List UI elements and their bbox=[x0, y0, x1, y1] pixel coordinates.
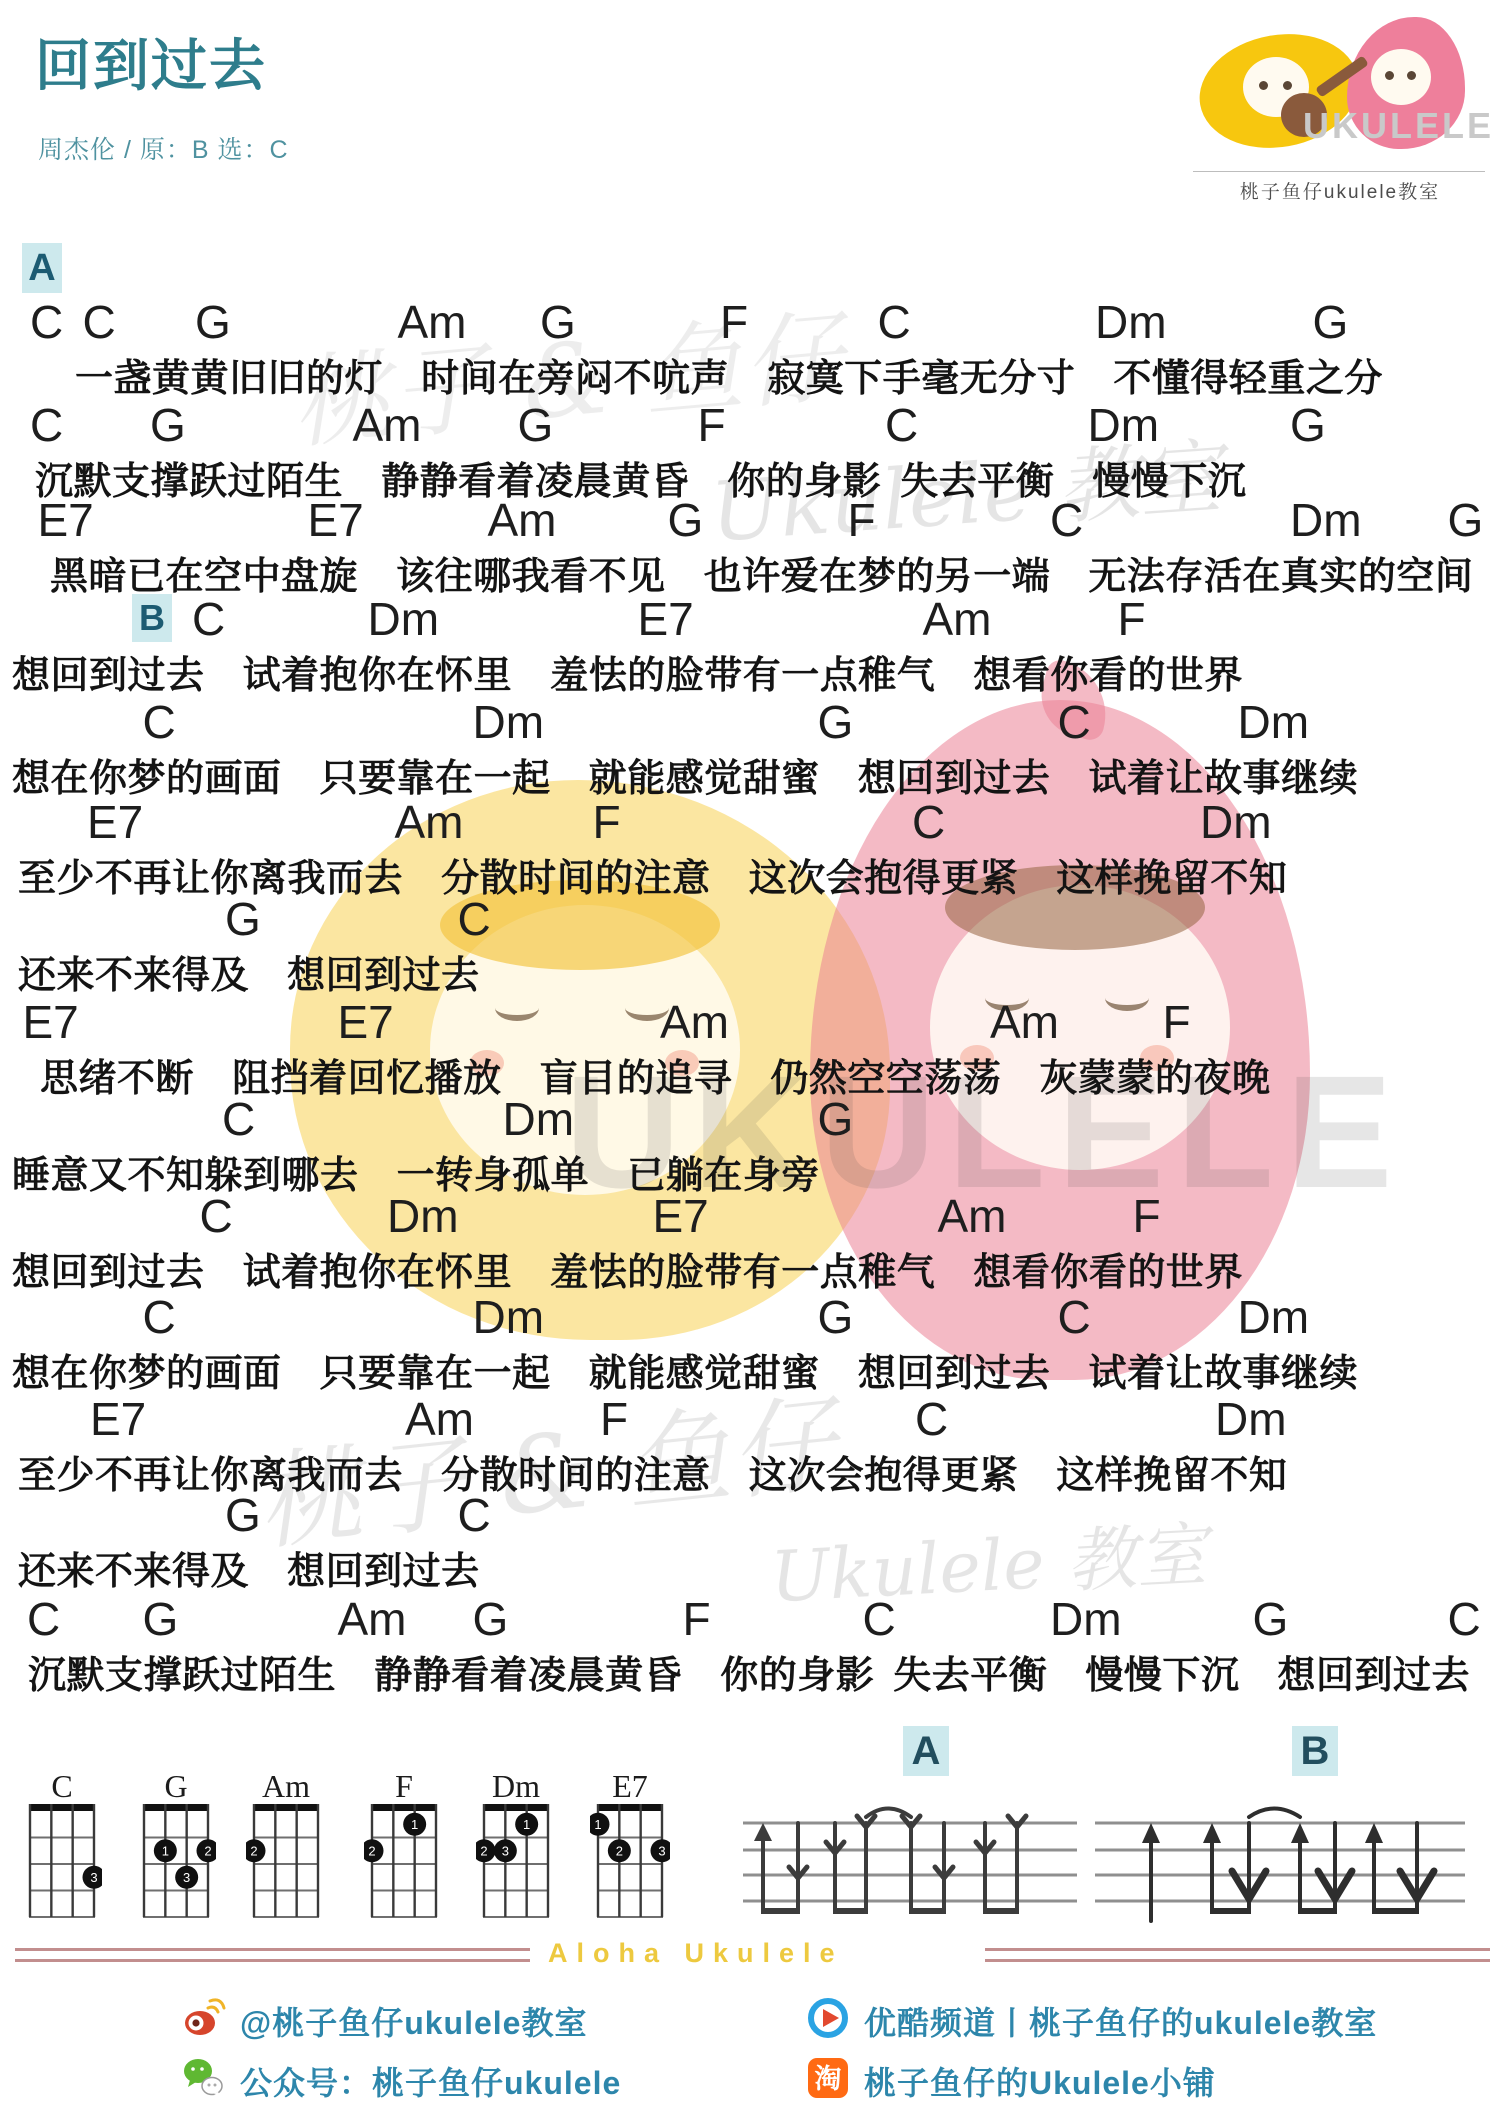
weibo-icon-wrap bbox=[182, 1996, 226, 2045]
chord-row: BCDmE7AmF bbox=[0, 592, 1500, 642]
chord-symbol-g: G bbox=[150, 398, 186, 452]
song-line-6: E7AmFCDm至少不再让你离我而去 分散时间的注意 这次会抱得更紧 这样挽留不… bbox=[0, 795, 1500, 902]
chord-symbol-dm: Dm bbox=[368, 592, 440, 646]
chord-row: CDmGCDm bbox=[0, 695, 1500, 745]
chord-sheet-page: 桃子 & 鱼仔 Ukulele 教室 UKULELE 桃子 & 鱼仔 Ukule… bbox=[0, 0, 1500, 2123]
logo-girl-eye-left bbox=[1259, 81, 1268, 90]
strum-pattern-a-figure bbox=[743, 1793, 1077, 1927]
chord-symbol-c: C bbox=[458, 892, 491, 946]
lyric-line: 想回到过去 试着抱你在怀里 羞怯的脸带有一点稚气 想看你看的世界 bbox=[0, 644, 1500, 699]
chord-symbol-am: Am bbox=[938, 1189, 1007, 1243]
chord-symbol-am: Am bbox=[353, 398, 422, 452]
strum-pattern-a-label: A bbox=[903, 1726, 949, 1776]
song-line-7: GC还来不来得及 想回到过去 bbox=[0, 892, 1500, 999]
logo-caption: 桃子鱼仔ukulele教室 bbox=[1185, 177, 1495, 204]
taobao-icon: 淘 bbox=[806, 2056, 850, 2100]
chord-symbol-am: Am bbox=[405, 1392, 474, 1446]
chord-symbol-c: C bbox=[863, 1592, 896, 1646]
chord-diagram-c: C3 bbox=[22, 1768, 102, 1927]
logo-girl-eye-right bbox=[1283, 81, 1292, 90]
chord-diagram-label: E7 bbox=[590, 1768, 670, 1802]
youku-icon-wrap bbox=[806, 1996, 850, 2045]
content-layer: 回到过去 周杰伦 / 原：B 选：C UKULELE 桃子鱼仔ukulele教室… bbox=[0, 0, 1500, 2123]
song-line-3: E7E7AmGFCDmG黑暗已在空中盘旋 该往哪我看不见 也许爱在梦的另一端 无… bbox=[0, 493, 1500, 600]
chord-symbol-g: G bbox=[225, 1488, 261, 1542]
song-line-4: BCDmE7AmF想回到过去 试着抱你在怀里 羞怯的脸带有一点稚气 想看你看的世… bbox=[0, 592, 1500, 699]
svg-text:3: 3 bbox=[502, 1843, 509, 1858]
chord-symbol-f: F bbox=[698, 398, 726, 452]
logo-boy-eye-right bbox=[1407, 71, 1416, 80]
logo-brand-text: UKULELE bbox=[1303, 105, 1494, 147]
chord-symbol-g: G bbox=[195, 295, 231, 349]
lyric-line: 沉默支撑跃过陌生 静静看着凌晨黄昏 你的身影 失去平衡 慢慢下沉 想回到过去 bbox=[0, 1644, 1500, 1699]
chord-symbol-g: G bbox=[473, 1592, 509, 1646]
chord-symbol-am: Am bbox=[660, 995, 729, 1049]
chord-symbol-dm: Dm bbox=[387, 1189, 459, 1243]
svg-text:3: 3 bbox=[658, 1843, 665, 1858]
logo-boy-face bbox=[1371, 49, 1431, 105]
chord-symbol-g: G bbox=[518, 398, 554, 452]
chord-symbol-c: C bbox=[915, 1392, 948, 1446]
chord-symbol-g: G bbox=[818, 1290, 854, 1344]
chord-symbol-am: Am bbox=[398, 295, 467, 349]
song-line-5: CDmGCDm想在你梦的画面 只要靠在一起 就能感觉甜蜜 想回到过去 试着让故事… bbox=[0, 695, 1500, 802]
chord-symbol-c: C bbox=[30, 398, 63, 452]
svg-text:1: 1 bbox=[162, 1843, 169, 1858]
chord-symbol-c: C bbox=[192, 592, 225, 646]
lyric-line: 还来不来得及 想回到过去 bbox=[0, 1540, 1500, 1595]
chord-row: E7AmFCDm bbox=[0, 1392, 1500, 1442]
chord-symbol-g: G bbox=[1313, 295, 1349, 349]
chord-diagram-dm: Dm123 bbox=[476, 1768, 556, 1927]
chord-row: E7E7AmGFCDmG bbox=[0, 493, 1500, 543]
chord-symbol-e7: E7 bbox=[338, 995, 394, 1049]
chord-symbol-f: F bbox=[1133, 1189, 1161, 1243]
strum-pattern-b-figure bbox=[1095, 1793, 1465, 1927]
song-line-10: CDmE7AmF想回到过去 试着抱你在怀里 羞怯的脸带有一点稚气 想看你看的世界 bbox=[0, 1189, 1500, 1296]
page-title: 回到过去 bbox=[35, 22, 267, 102]
chord-symbol-e7: E7 bbox=[308, 493, 364, 547]
chord-symbol-am: Am bbox=[488, 493, 557, 547]
song-line-11: CDmGCDm想在你梦的画面 只要靠在一起 就能感觉甜蜜 想回到过去 试着让故事… bbox=[0, 1290, 1500, 1397]
social-link-youku: 优酷频道丨桃子鱼仔的ukulele教室 bbox=[806, 1996, 1377, 2045]
svg-text:3: 3 bbox=[183, 1870, 190, 1885]
chord-symbol-c: C bbox=[878, 295, 911, 349]
social-link-weibo: @桃子鱼仔ukulele教室 bbox=[182, 1996, 587, 2045]
chord-symbol-dm: Dm bbox=[1088, 398, 1160, 452]
chord-symbol-g: G bbox=[1253, 1592, 1289, 1646]
chord-symbol-dm: Dm bbox=[1238, 695, 1310, 749]
chord-symbol-c: C bbox=[200, 1189, 233, 1243]
chord-symbol-f: F bbox=[1118, 592, 1146, 646]
svg-text:淘: 淘 bbox=[815, 2064, 842, 2094]
chord-symbol-g: G bbox=[818, 695, 854, 749]
chord-symbol-am: Am bbox=[923, 592, 992, 646]
chord-symbol-dm: Dm bbox=[503, 1092, 575, 1146]
fretboard-grid: 123 bbox=[136, 1802, 216, 1922]
chord-symbol-am: Am bbox=[990, 995, 1059, 1049]
svg-text:2: 2 bbox=[616, 1843, 623, 1858]
chord-symbol-am: Am bbox=[395, 795, 464, 849]
chord-symbol-c: C bbox=[143, 695, 176, 749]
lyric-line: 想在你梦的画面 只要靠在一起 就能感觉甜蜜 想回到过去 试着让故事继续 bbox=[0, 1342, 1500, 1397]
chord-symbol-dm: Dm bbox=[1050, 1592, 1122, 1646]
chord-symbol-f: F bbox=[683, 1592, 711, 1646]
chord-symbol-c: C bbox=[458, 1488, 491, 1542]
chord-symbol-f: F bbox=[720, 295, 748, 349]
chord-symbol-c: C bbox=[83, 295, 116, 349]
svg-text:1: 1 bbox=[411, 1817, 418, 1832]
chord-symbol-g: G bbox=[225, 892, 261, 946]
chord-symbol-e7: E7 bbox=[638, 592, 694, 646]
social-link-taobao: 淘桃子鱼仔的Ukulele小铺 bbox=[806, 2056, 1216, 2105]
song-line-14: CGAmGFCDmGC沉默支撑跃过陌生 静静看着凌晨黄昏 你的身影 失去平衡 慢… bbox=[0, 1592, 1500, 1699]
chord-symbol-c: C bbox=[885, 398, 918, 452]
song-line-9: CDmG睡意又不知躲到哪去 一转身孤单 已躺在身旁 bbox=[0, 1092, 1500, 1199]
chord-symbol-c: C bbox=[1050, 493, 1083, 547]
song-line-2: CGAmGFCDmG沉默支撑跃过陌生 静静看着凌晨黄昏 你的身影 失去平衡 慢慢… bbox=[0, 398, 1500, 505]
chord-symbol-c: C bbox=[912, 795, 945, 849]
taobao-icon-wrap: 淘 bbox=[806, 2056, 850, 2105]
chord-symbol-c: C bbox=[1058, 1290, 1091, 1344]
wechat-icon bbox=[182, 2056, 226, 2100]
fretboard-grid: 3 bbox=[22, 1802, 102, 1922]
chord-diagram-label: F bbox=[364, 1768, 444, 1802]
logo-divider-line bbox=[1193, 171, 1485, 172]
chord-row: CCGAmGFCDmG bbox=[0, 295, 1500, 345]
chord-row: CDmGCDm bbox=[0, 1290, 1500, 1340]
chord-symbol-c: C bbox=[222, 1092, 255, 1146]
chord-symbol-c: C bbox=[30, 295, 63, 349]
chord-symbol-dm: Dm bbox=[1290, 493, 1362, 547]
chord-symbol-am: Am bbox=[338, 1592, 407, 1646]
studio-logo: UKULELE 桃子鱼仔ukulele教室 bbox=[1185, 5, 1495, 205]
chord-diagram-e7: E7123 bbox=[590, 1768, 670, 1927]
chord-symbol-g: G bbox=[668, 493, 704, 547]
chord-row: E7AmFCDm bbox=[0, 795, 1500, 845]
lyric-line: 想回到过去 试着抱你在怀里 羞怯的脸带有一点稚气 想看你看的世界 bbox=[0, 1241, 1500, 1296]
chord-symbol-e7: E7 bbox=[653, 1189, 709, 1243]
chord-symbol-c: C bbox=[143, 1290, 176, 1344]
chord-row: GC bbox=[0, 1488, 1500, 1538]
chord-row: E7E7AmAmF bbox=[0, 995, 1500, 1045]
social-link-wechat: 公众号：桃子鱼仔ukulele bbox=[182, 2056, 621, 2105]
chord-symbol-c: C bbox=[1058, 695, 1091, 749]
footer-divider-left bbox=[15, 1948, 530, 1962]
chord-symbol-f: F bbox=[593, 795, 621, 849]
social-link-text: 桃子鱼仔的Ukulele小铺 bbox=[864, 2058, 1216, 2104]
chord-symbol-dm: Dm bbox=[1238, 1290, 1310, 1344]
strum-pattern-b-label: B bbox=[1292, 1726, 1338, 1776]
chord-symbol-dm: Dm bbox=[473, 695, 545, 749]
chord-symbol-e7: E7 bbox=[38, 493, 94, 547]
chord-symbol-f: F bbox=[1163, 995, 1191, 1049]
lyric-line: 还来不来得及 想回到过去 bbox=[0, 944, 1500, 999]
chord-row: CDmE7AmF bbox=[0, 1189, 1500, 1239]
footer-divider-right bbox=[985, 1948, 1490, 1962]
chord-symbol-dm: Dm bbox=[1095, 295, 1167, 349]
logo-boy-eye-left bbox=[1385, 71, 1394, 80]
chord-diagram-label: Am bbox=[246, 1768, 326, 1802]
chord-symbol-dm: Dm bbox=[1215, 1392, 1287, 1446]
chord-row: CGAmGFCDmG bbox=[0, 398, 1500, 448]
chord-symbol-g: G bbox=[540, 295, 576, 349]
section-marker-a: A bbox=[22, 243, 62, 293]
svg-text:2: 2 bbox=[368, 1843, 375, 1858]
chord-symbol-c: C bbox=[27, 1592, 60, 1646]
weibo-icon bbox=[182, 1996, 226, 2040]
chord-symbol-e7: E7 bbox=[87, 795, 143, 849]
song-line-1: CCGAmGFCDmG一盏黄黄旧旧的灯 时间在旁闷不吭声 寂寞下手毫无分寸 不懂… bbox=[0, 295, 1500, 402]
fretboard-grid: 12 bbox=[364, 1802, 444, 1922]
fretboard-grid: 123 bbox=[590, 1802, 670, 1922]
chord-symbol-g: G bbox=[143, 1592, 179, 1646]
chord-symbol-g: G bbox=[1290, 398, 1326, 452]
svg-text:2: 2 bbox=[250, 1843, 257, 1858]
fretboard-grid: 123 bbox=[476, 1802, 556, 1922]
chord-row: CDmG bbox=[0, 1092, 1500, 1142]
song-line-13: GC还来不来得及 想回到过去 bbox=[0, 1488, 1500, 1595]
chord-symbol-e7: E7 bbox=[23, 995, 79, 1049]
chord-symbol-g: G bbox=[818, 1092, 854, 1146]
chord-diagram-label: C bbox=[22, 1768, 102, 1802]
chord-symbol-c: C bbox=[1448, 1592, 1481, 1646]
song-line-8: E7E7AmAmF思绪不断 阻挡着回忆播放 盲目的追寻 仍然空空荡荡 灰蒙蒙的夜… bbox=[0, 995, 1500, 1102]
chord-symbol-f: F bbox=[600, 1392, 628, 1446]
lyric-line: 一盏黄黄旧旧的灯 时间在旁闷不吭声 寂寞下手毫无分寸 不懂得轻重之分 bbox=[0, 347, 1500, 402]
social-link-text: @桃子鱼仔ukulele教室 bbox=[240, 1998, 587, 2044]
lyric-line: 想在你梦的画面 只要靠在一起 就能感觉甜蜜 想回到过去 试着让故事继续 bbox=[0, 747, 1500, 802]
fretboard-grid: 2 bbox=[246, 1802, 326, 1922]
chord-diagram-am: Am2 bbox=[246, 1768, 326, 1927]
wechat-icon-wrap bbox=[182, 2056, 226, 2105]
song-line-12: E7AmFCDm至少不再让你离我而去 分散时间的注意 这次会抱得更紧 这样挽留不… bbox=[0, 1392, 1500, 1499]
chord-symbol-dm: Dm bbox=[473, 1290, 545, 1344]
chord-symbol-f: F bbox=[848, 493, 876, 547]
chord-row: GC bbox=[0, 892, 1500, 942]
artist-key-subtitle: 周杰伦 / 原：B 选：C bbox=[38, 130, 289, 166]
svg-text:2: 2 bbox=[480, 1843, 487, 1858]
chord-symbol-g: G bbox=[1448, 493, 1484, 547]
aloha-banner-text: Aloha Ukulele bbox=[548, 1938, 844, 1969]
svg-text:1: 1 bbox=[594, 1817, 601, 1832]
chord-diagram-g: G123 bbox=[136, 1768, 216, 1927]
svg-text:3: 3 bbox=[90, 1870, 97, 1885]
chord-diagram-f: F12 bbox=[364, 1768, 444, 1927]
svg-text:1: 1 bbox=[523, 1817, 530, 1832]
social-link-text: 优酷频道丨桃子鱼仔的ukulele教室 bbox=[864, 1998, 1377, 2044]
svg-text:2: 2 bbox=[204, 1843, 211, 1858]
chord-symbol-e7: E7 bbox=[90, 1392, 146, 1446]
chord-symbol-dm: Dm bbox=[1200, 795, 1272, 849]
social-link-text: 公众号：桃子鱼仔ukulele bbox=[240, 2058, 621, 2104]
chord-diagram-label: Dm bbox=[476, 1768, 556, 1802]
chord-row: CGAmGFCDmGC bbox=[0, 1592, 1500, 1642]
chord-diagram-label: G bbox=[136, 1768, 216, 1802]
section-marker-b: B bbox=[132, 594, 172, 642]
youku-icon bbox=[806, 1996, 850, 2040]
